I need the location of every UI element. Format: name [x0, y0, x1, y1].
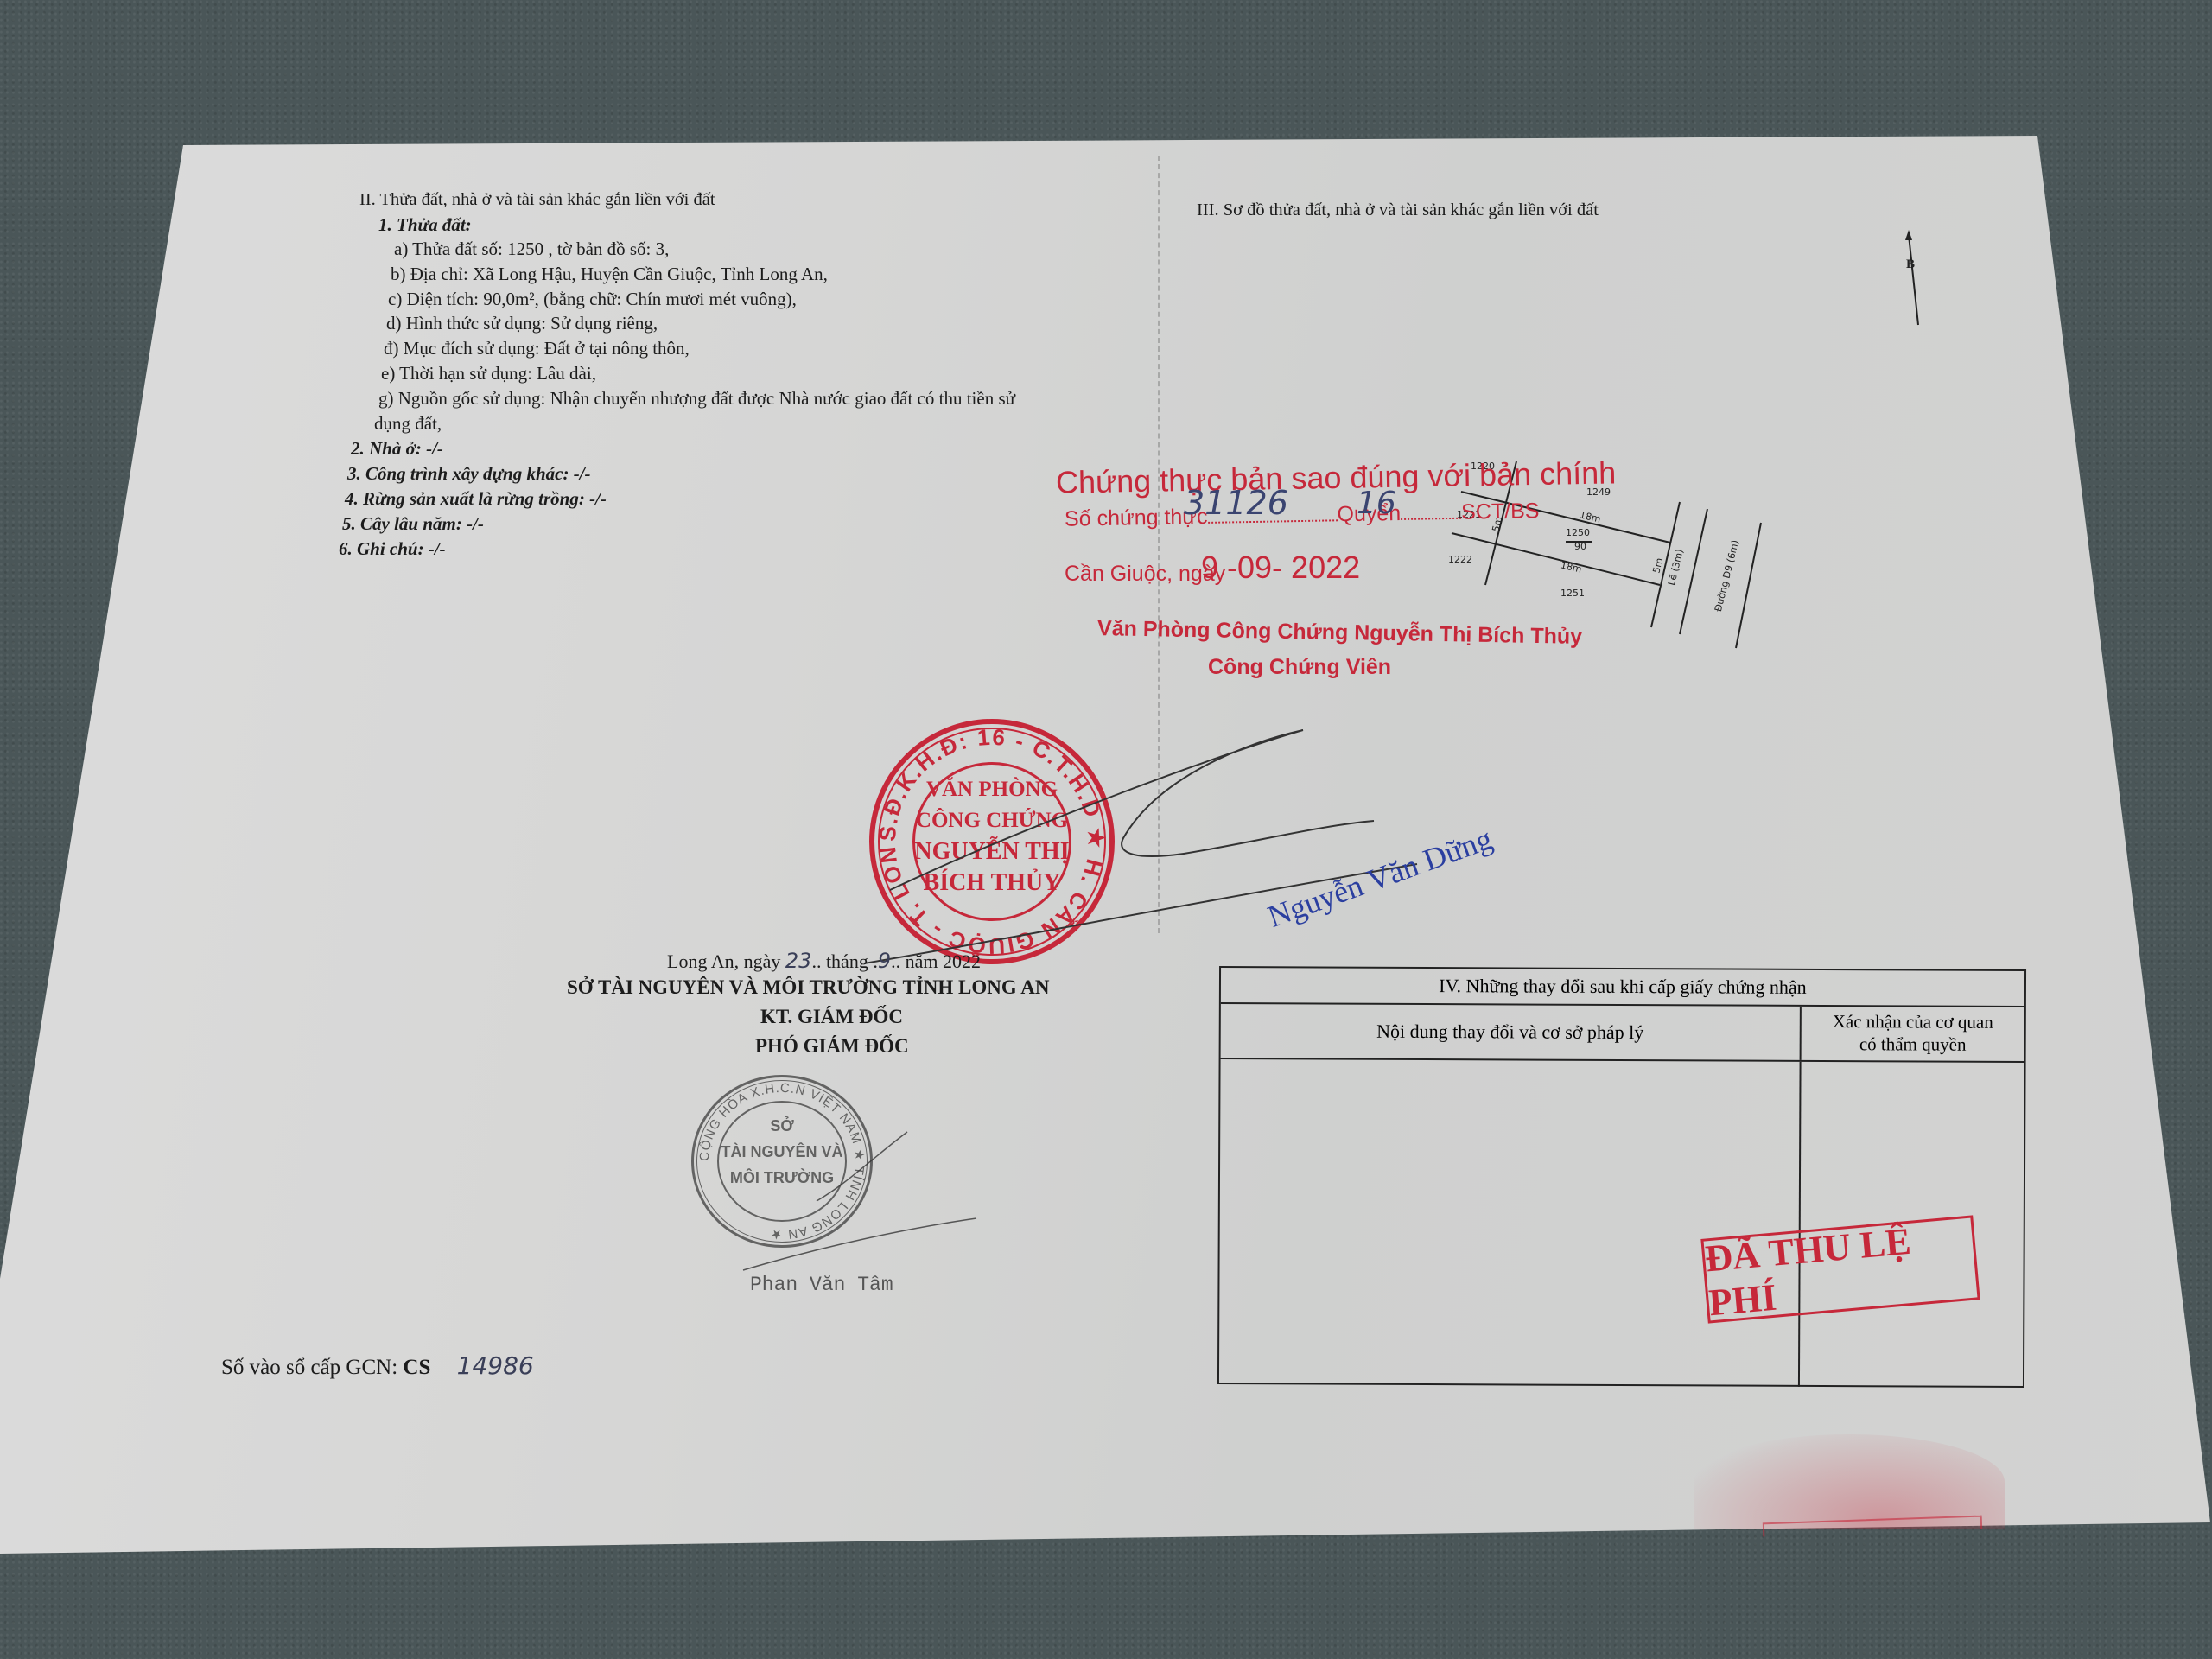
changes-table-header: Nội dung thay đổi và cơ sở pháp lý Xác n…: [1221, 1004, 2024, 1063]
register-number-handwritten: 14986: [457, 1351, 534, 1380]
department-signer: Phan Văn Tâm: [750, 1274, 893, 1296]
department-seal: CỘNG HÒA X.H.C.N VIỆT NAM ★ TỈNH LONG AN…: [691, 1075, 873, 1248]
department-seal-line: MÔI TRƯỜNG: [717, 1165, 847, 1191]
signature-strokes: [0, 0, 2212, 1659]
month-label: tháng: [826, 950, 868, 972]
issuance-month: 9: [878, 949, 891, 973]
changes-content-cell: [1219, 1059, 1802, 1387]
changes-table: IV. Những thay đổi sau khi cấp giấy chứn…: [1217, 966, 2026, 1388]
ink-stain: [1694, 1434, 2005, 1529]
issuance-date: Long An, ngày 23.. tháng .9.. năm 2022: [667, 949, 981, 973]
issuance-year: năm 2022: [906, 950, 981, 972]
column-header-content: Nội dung thay đổi và cơ sở pháp lý: [1221, 1004, 1802, 1060]
confirmation-header-line: có thẩm quyền: [1802, 1033, 2024, 1056]
register-series: CS: [403, 1356, 430, 1379]
register-number: Số vào sổ cấp GCN: CS 14986: [221, 1351, 534, 1380]
department-seal-line: TÀI NGUYÊN VÀ: [717, 1139, 847, 1165]
department-seal-line: SỞ: [717, 1113, 847, 1139]
changes-table-title: IV. Những thay đổi sau khi cấp giấy chứn…: [1221, 968, 2024, 1007]
register-label: Số vào sổ cấp GCN:: [221, 1356, 397, 1379]
deputy-director: PHÓ GIÁM ĐỐC: [755, 1035, 909, 1058]
kt-director: KT. GIÁM ĐỐC: [760, 1006, 903, 1028]
confirmation-header-line: Xác nhận của cơ quan: [1802, 1010, 2024, 1033]
issuance-place: Long An, ngày: [667, 950, 780, 972]
issuing-authority: SỞ TÀI NGUYÊN VÀ MÔI TRƯỜNG TỈNH LONG AN: [567, 976, 1049, 999]
issuance-day: 23: [785, 949, 812, 973]
column-header-confirmation: Xác nhận của cơ quan có thẩm quyền: [1802, 1007, 2024, 1061]
